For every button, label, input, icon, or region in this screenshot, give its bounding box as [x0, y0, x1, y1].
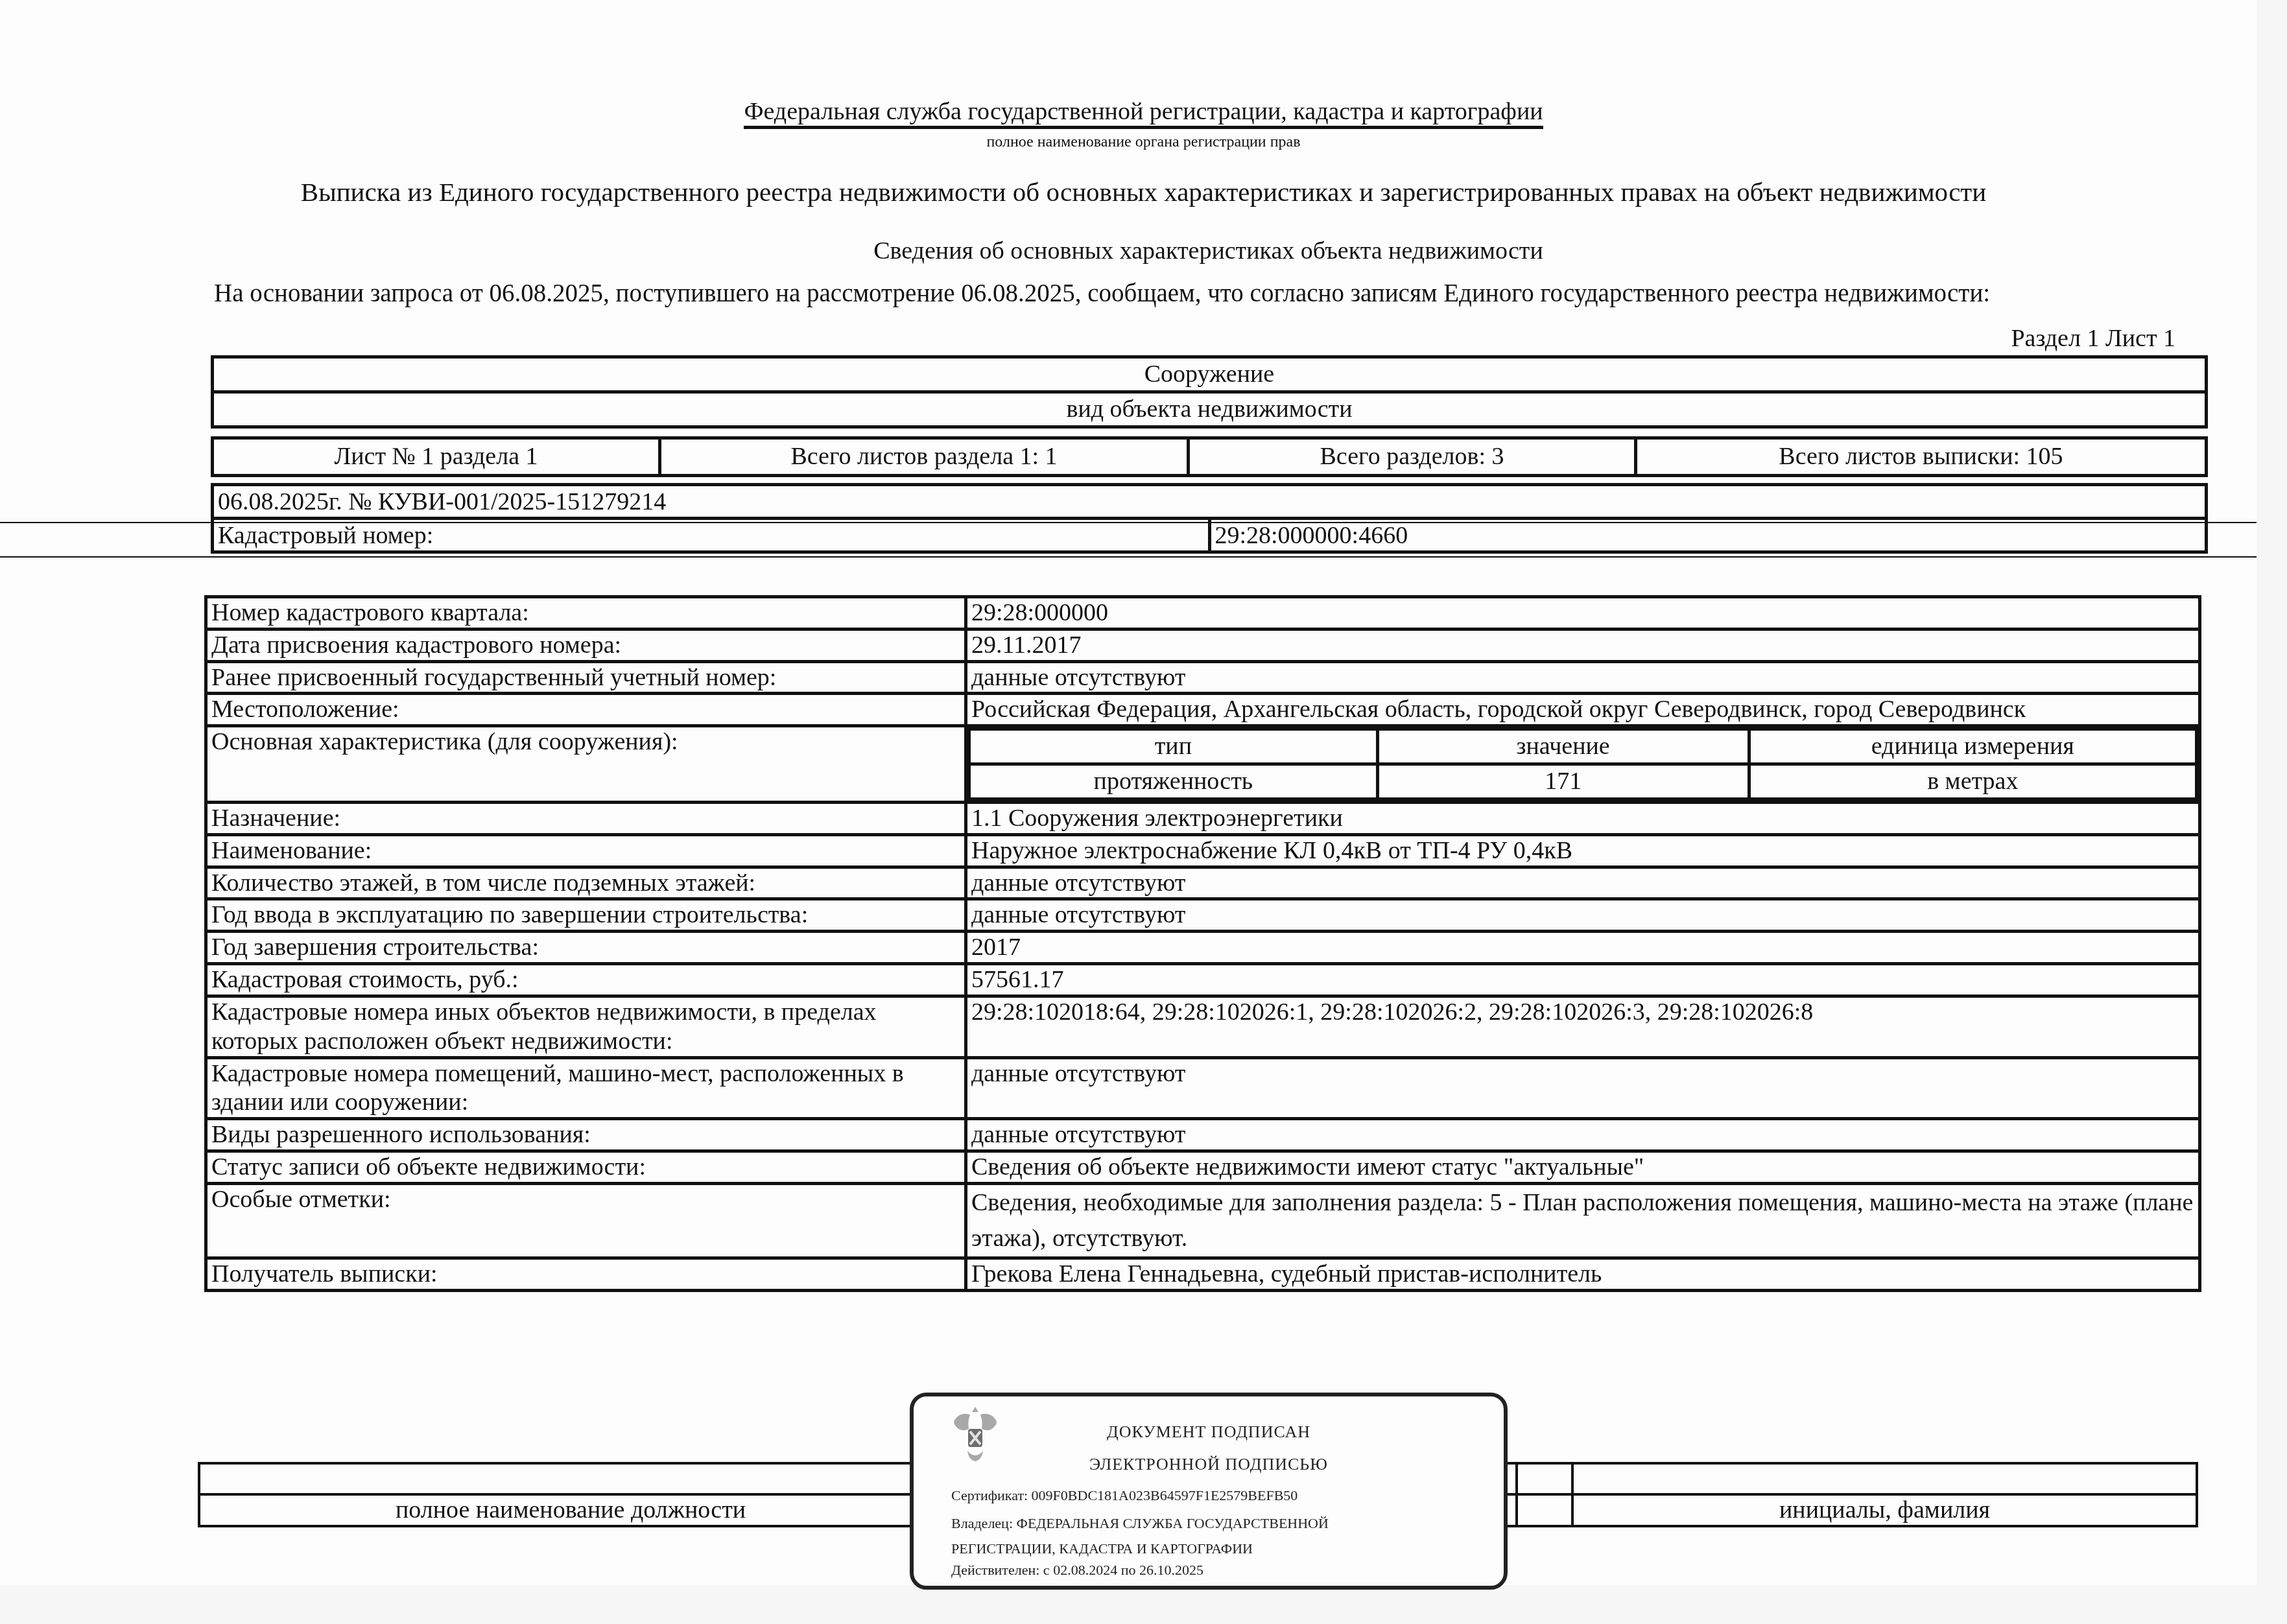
table-row: Назначение:1.1 Сооружения электроэнергет…: [206, 802, 2200, 834]
cadastral-number-value: 29:28:000000:4660: [1209, 518, 2207, 552]
organization-name: Федеральная служба государственной регис…: [0, 97, 2287, 126]
sheets-table: Лист № 1 раздела 1 Всего листов раздела …: [211, 436, 2208, 477]
table-row: Ранее присвоенный государственный учетны…: [206, 661, 2200, 694]
table-row: Количество этажей, в том числе подземных…: [206, 867, 2200, 899]
table-row: Дата присвоения кадастрового номера:29.1…: [206, 629, 2200, 661]
table-row: Получатель выписки:Грекова Елена Геннадь…: [206, 1258, 2200, 1291]
table-row: Год ввода в эксплуатацию по завершении с…: [206, 899, 2200, 932]
table-row: Статус записи об объекте недвижимости:Св…: [206, 1151, 2200, 1184]
position-caption: полное наименование должности: [199, 1494, 942, 1526]
table-row: Номер кадастрового квартала:29:28:000000: [206, 597, 2200, 630]
stamp-certificate: Сертификат: 009F0BDC181A023B64597F1E2579…: [951, 1487, 1298, 1504]
main-characteristic-label: Основная характеристика (для сооружения)…: [206, 726, 966, 803]
table-row: Основная характеристика (для сооружения)…: [206, 726, 2200, 803]
sections-total: Всего разделов: 3: [1189, 438, 1636, 476]
stamp-owner-line-2: РЕГИСТРАЦИИ, КАДАСТРА И КАРТОГРАФИИ: [951, 1540, 1253, 1557]
table-row: Виды разрешенного использования:данные о…: [206, 1119, 2200, 1151]
document-title: Выписка из Единого государственного реес…: [0, 176, 2287, 207]
object-type-value: Сооружение: [213, 357, 2207, 392]
table-row: Год завершения строительства:2017: [206, 932, 2200, 964]
table-row: Наименование:Наружное электроснабжение К…: [206, 834, 2200, 867]
object-type-table: Сооружение вид объекта недвижимости: [211, 355, 2208, 429]
section-reference: Раздел 1 Лист 1: [2011, 324, 2175, 353]
extract-sheets-total: Всего листов выписки: 105: [1636, 438, 2207, 476]
section-sheets-total: Всего листов раздела 1: 1: [660, 438, 1189, 476]
request-table: 06.08.2025г. № КУВИ-001/2025-151279214 К…: [211, 483, 2208, 554]
object-type-caption: вид объекта недвижимости: [213, 392, 2207, 427]
stamp-owner-line-1: Владелец: ФЕДЕРАЛЬНАЯ СЛУЖБА ГОСУДАРСТВЕ…: [951, 1515, 1329, 1532]
cadastral-number-label: Кадастровый номер:: [213, 518, 1210, 552]
table-row: Кадастровые номера иных объектов недвижи…: [206, 996, 2200, 1057]
document-page: Федеральная служба государственной регис…: [0, 0, 2257, 1585]
organization-caption: полное наименование органа регистрации п…: [0, 134, 2287, 151]
intro-text: На основании запроса от 06.08.2025, пост…: [214, 279, 1990, 308]
electronic-signature-stamp: ДОКУМЕНТ ПОДПИСАН ЭЛЕКТРОННОЙ ПОДПИСЬЮ С…: [910, 1393, 1508, 1590]
table-row: Особые отметки:Сведения, необходимые для…: [206, 1183, 2200, 1258]
stamp-title: ДОКУМЕНТ ПОДПИСАН: [914, 1422, 1504, 1442]
table-row: Местоположение:Российская Федерация, Арх…: [206, 694, 2200, 726]
name-caption: инициалы, фамилия: [1572, 1494, 2197, 1526]
stamp-subtitle: ЭЛЕКТРОННОЙ ПОДПИСЬЮ: [914, 1455, 1504, 1474]
sheet-number: Лист № 1 раздела 1: [213, 438, 660, 476]
stamp-validity: Действителен: с 02.08.2024 по 26.10.2025: [951, 1562, 1203, 1579]
characteristics-table: Номер кадастрового квартала:29:28:000000…: [204, 595, 2201, 1292]
section-title: Сведения об основных характеристиках объ…: [0, 237, 2287, 265]
request-number: 06.08.2025г. № КУВИ-001/2025-151279214: [213, 485, 2207, 519]
table-row: Кадастровая стоимость, руб.:57561.17: [206, 964, 2200, 996]
main-characteristic-table: тип значение единица измерения протяженн…: [967, 727, 2198, 801]
scan-line: [0, 522, 2257, 523]
table-row: Кадастровые номера помещений, машино-мес…: [206, 1057, 2200, 1119]
scan-line: [0, 556, 2257, 558]
